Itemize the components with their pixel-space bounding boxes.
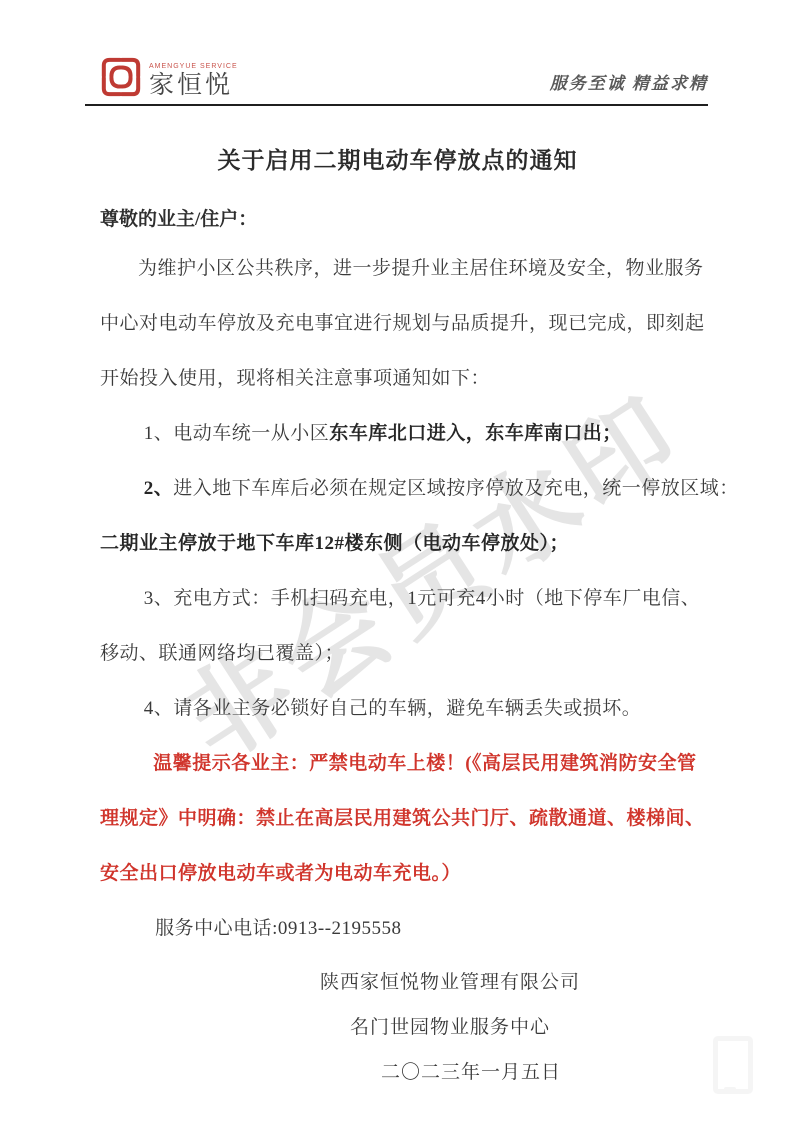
footer-date: 二〇二三年一月五日 (290, 1050, 610, 1095)
header: AMENGYUE SERVICE 家恒悦 服务至诚 精益求精 (0, 0, 793, 98)
body-line: 为维护小区公共秩序，进一步提升业主居住环境及安全，物业服务 (100, 241, 695, 296)
body-line: 1、电动车统一从小区东车库北口进入，东车库南口出； (100, 406, 695, 461)
body-line: 3、充电方式：手机扫码充电，1元可充4小时（地下停车厂电信、 (100, 571, 695, 626)
header-slogan: 服务至诚 精益求精 (550, 69, 708, 98)
notice-document: 关于启用二期电动车停放点的通知 尊敬的业主/住户： 为维护小区公共秩序，进一步提… (0, 142, 793, 1095)
body-lines: 为维护小区公共秩序，进一步提升业主居住环境及安全，物业服务中心对电动车停放及充电… (100, 241, 695, 956)
notice-title: 关于启用二期电动车停放点的通知 (100, 142, 695, 175)
body-line: 4、请各业主务必锁好自己的车辆，避免车辆丢失或损坏。 (100, 681, 695, 736)
brand-knot-icon (100, 56, 142, 98)
body-line: 2、进入地下车库后必须在规定区域按序停放及充电，统一停放区域： (100, 461, 695, 516)
body-line: 中心对电动车停放及充电事宜进行规划与品质提升，现已完成，即刻起 (100, 296, 695, 351)
body-line: 安全出口停放电动车或者为电动车充电。） (100, 846, 695, 901)
body-line: 开始投入使用，现将相关注意事项通知如下： (100, 351, 695, 406)
brand-name: 家恒悦 (149, 73, 238, 98)
salutation: 尊敬的业主/住户： (100, 201, 695, 239)
header-divider (85, 104, 708, 106)
body-line: 服务中心电话:0913--2195558 (100, 901, 695, 956)
brand-tagline: AMENGYUE SERVICE (149, 63, 238, 70)
body-line: 移动、联通网络均已覆盖）； (100, 626, 695, 681)
header-logo: AMENGYUE SERVICE 家恒悦 (100, 56, 238, 98)
signature-block: 陕西家恒悦物业管理有限公司 名门世园物业服务中心 二〇二三年一月五日 (290, 960, 610, 1095)
body-line: 二期业主停放于地下车库12#楼东侧（电动车停放处）； (100, 516, 695, 571)
footer-department: 名门世园物业服务中心 (290, 1005, 610, 1050)
body-line: 温馨提示各业主：严禁电动车上楼！(《高层民用建筑消防安全管 (100, 736, 695, 791)
body-line: 理规定》中明确：禁止在高层民用建筑公共门厅、疏散通道、楼梯间、 (100, 791, 695, 846)
footer-company: 陕西家恒悦物业管理有限公司 (290, 960, 610, 1005)
